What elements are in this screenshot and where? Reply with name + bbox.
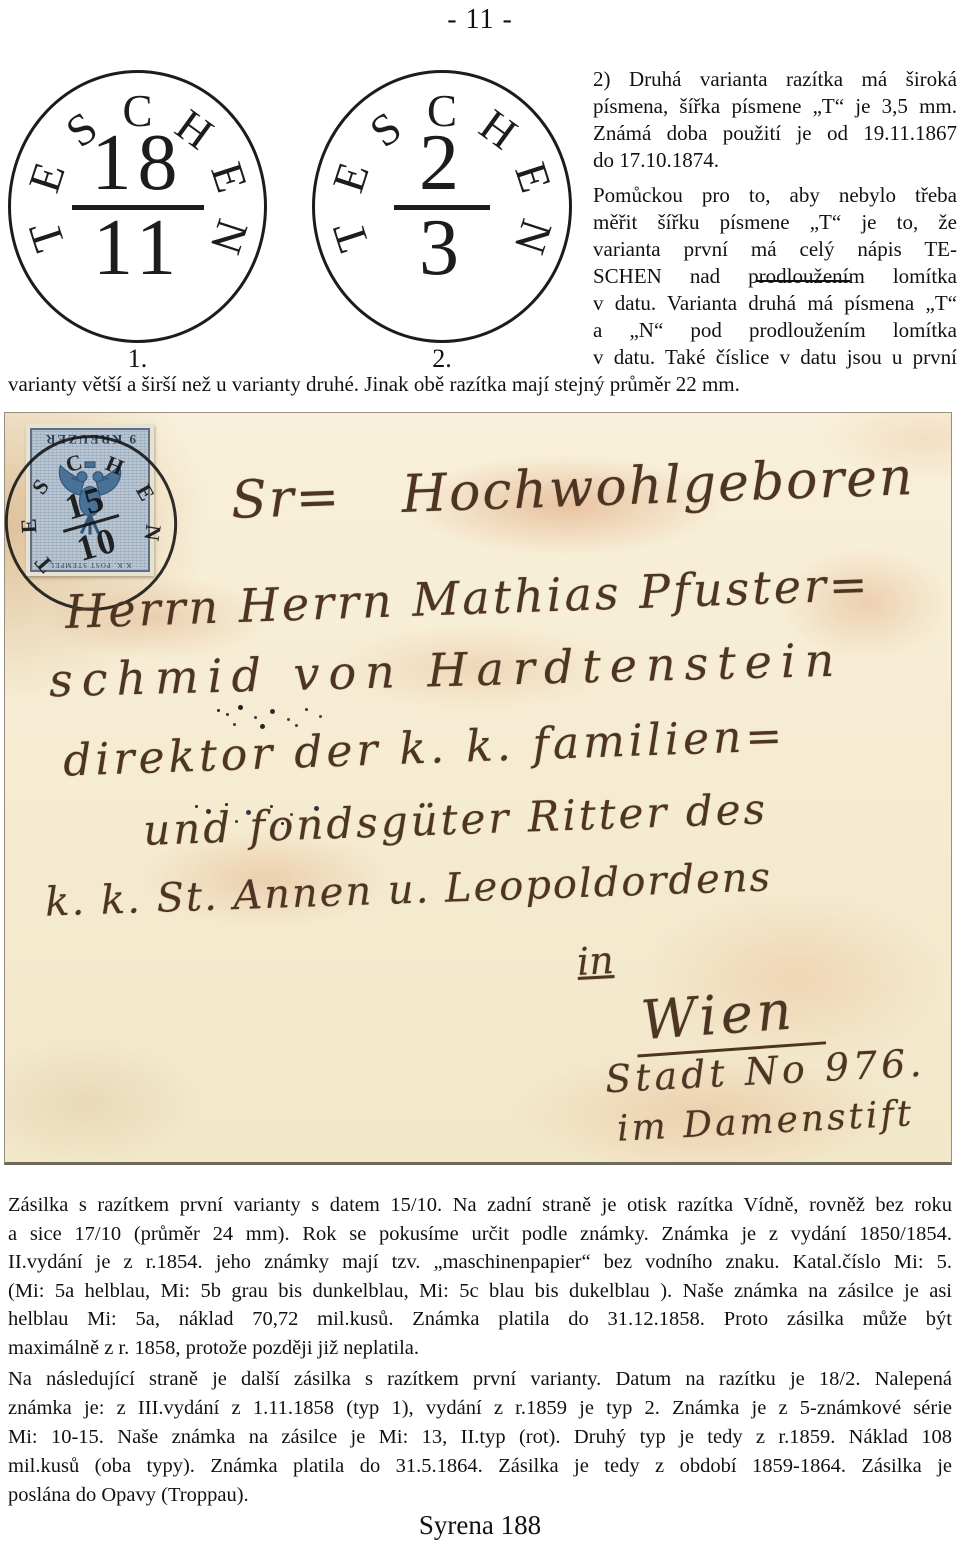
document-page: - 11 - TESCHEN 18 11 TESCHEN 2 3 1. 2. 2… (0, 0, 960, 1549)
handwritten-address-line: Wien (633, 977, 826, 1058)
postmark-date-fraction: 18 11 (11, 73, 264, 340)
emphasis-underline (756, 280, 850, 282)
variant2-description-column: 2) Druhá varianta razítka má širokápísme… (593, 66, 957, 371)
variant-comparison-paragraph-line: měřit šířku písmene „T“ je to, že (593, 209, 957, 236)
analysis-paragraph-cover1-line: Zásilka s razítkem první varianty s date… (8, 1191, 952, 1220)
postmark-drawing-1: TESCHEN 18 11 (8, 70, 267, 343)
postmark-day: 2 (419, 127, 465, 201)
analysis-paragraph-cover2-line: mil.kusů (oba typy). Známka platila do 3… (8, 1452, 952, 1481)
variant2-paragraph: 2) Druhá varianta razítka má širokápísme… (593, 66, 957, 174)
handwritten-address-line: direktor der k. k. familien= (62, 710, 787, 786)
postmark-drawing-2: TESCHEN 2 3 (312, 70, 572, 343)
analysis-paragraph-cover2-line: poslána do Opavy (Troppau). (8, 1481, 952, 1510)
handwritten-address-line: Herrn Herrn Mathias Pfuster= (64, 557, 871, 639)
analysis-paragraph-cover2: Na následující straně je další zásilka s… (8, 1365, 952, 1510)
variant-comparison-paragraph: Pomůckou pro to, aby nebylo třebaměřit š… (593, 182, 957, 371)
analysis-paragraph-cover2-line: Mi: 10-15. Naše známka na zásilce je Mi:… (8, 1423, 952, 1452)
ink-speckles (195, 805, 198, 808)
variant-comparison-paragraph-line: v datu. Také číslice v datu jsou u první (593, 344, 957, 371)
variant-comparison-paragraph-line: v datu. Varianta druhá má písmena „T“ (593, 290, 957, 317)
postmark-month: 3 (419, 212, 465, 286)
variant2-paragraph-line: písmena, šířka písmene „T“ je 3,5 mm. (593, 93, 957, 120)
handwritten-address-line: und fondsgüter Ritter des (142, 784, 768, 855)
variant-comparison-paragraph-line: SCHEN nad prodloužením lomítka (593, 263, 957, 290)
variant2-paragraph-line: Známá doba použití je od 19.11.1867 (593, 120, 957, 147)
variant-comparison-paragraph-line: varianta první má celý nápis TE- (593, 236, 957, 263)
variant-comparison-paragraph-line: a „N“ pod prodloužením lomítka (593, 317, 957, 344)
analysis-paragraph-cover1-line: helblau Mi: 5a, náklad 70,72 mil.kusů. Z… (8, 1305, 952, 1334)
page-number: - 11 - (0, 4, 960, 36)
analysis-paragraph-cover1-line: maximálně z r. 1858, protože později již… (8, 1334, 952, 1363)
analysis-paragraph-cover2-line: známka je: z III.vydání z 1.11.1858 (typ… (8, 1394, 952, 1423)
footer-source: Syrena 188 (0, 1510, 960, 1541)
postmark-date-fraction: 2 3 (315, 73, 569, 340)
handwritten-address-line: k. k. St. Annen u. Leopoldordens (44, 854, 772, 925)
ink-speckles (217, 709, 220, 712)
figure-caption-2: 2. (312, 344, 572, 374)
postmark-day: 18 (92, 127, 184, 201)
variant2-paragraph-line: do 17.10.1874. (593, 147, 957, 174)
handwritten-address-line: im Damenstift (616, 1093, 915, 1150)
handwritten-address-line: schmid von Hardtenstein (48, 633, 843, 708)
handwritten-address: Sr= HochwohlgeborenHerrn Herrn Mathias P… (5, 413, 951, 1162)
variant2-paragraph-line: 2) Druhá varianta razítka má široká (593, 66, 957, 93)
analysis-paragraph-cover1-line: II.vydání je z r.1854. jeho známky mají … (8, 1248, 952, 1277)
analysis-paragraph-cover1-line: (Mi: 5a helblau, Mi: 5b grau bis dunkelb… (8, 1277, 952, 1306)
figure-caption-1: 1. (8, 344, 267, 374)
analysis-paragraph-cover2-line: Na následující straně je další zásilka s… (8, 1365, 952, 1394)
analysis-paragraph-cover1-line: a sice 17/10 (průměr 24 mm). Rok se poku… (8, 1220, 952, 1249)
postmark-month: 11 (93, 212, 182, 286)
handwritten-address-line: in (576, 938, 615, 984)
comparison-continuation-line: varianty větší a širší než u varianty dr… (8, 371, 952, 398)
handwritten-address-line: Sr= Hochwohlgeboren (230, 447, 915, 531)
analysis-paragraph-cover1: Zásilka s razítkem první varianty s date… (8, 1191, 952, 1362)
variant-comparison-paragraph-line: Pomůckou pro to, aby nebylo třeba (593, 182, 957, 209)
envelope-photo: 9 KREUZER K.K. POST STEMPEL (4, 412, 952, 1165)
